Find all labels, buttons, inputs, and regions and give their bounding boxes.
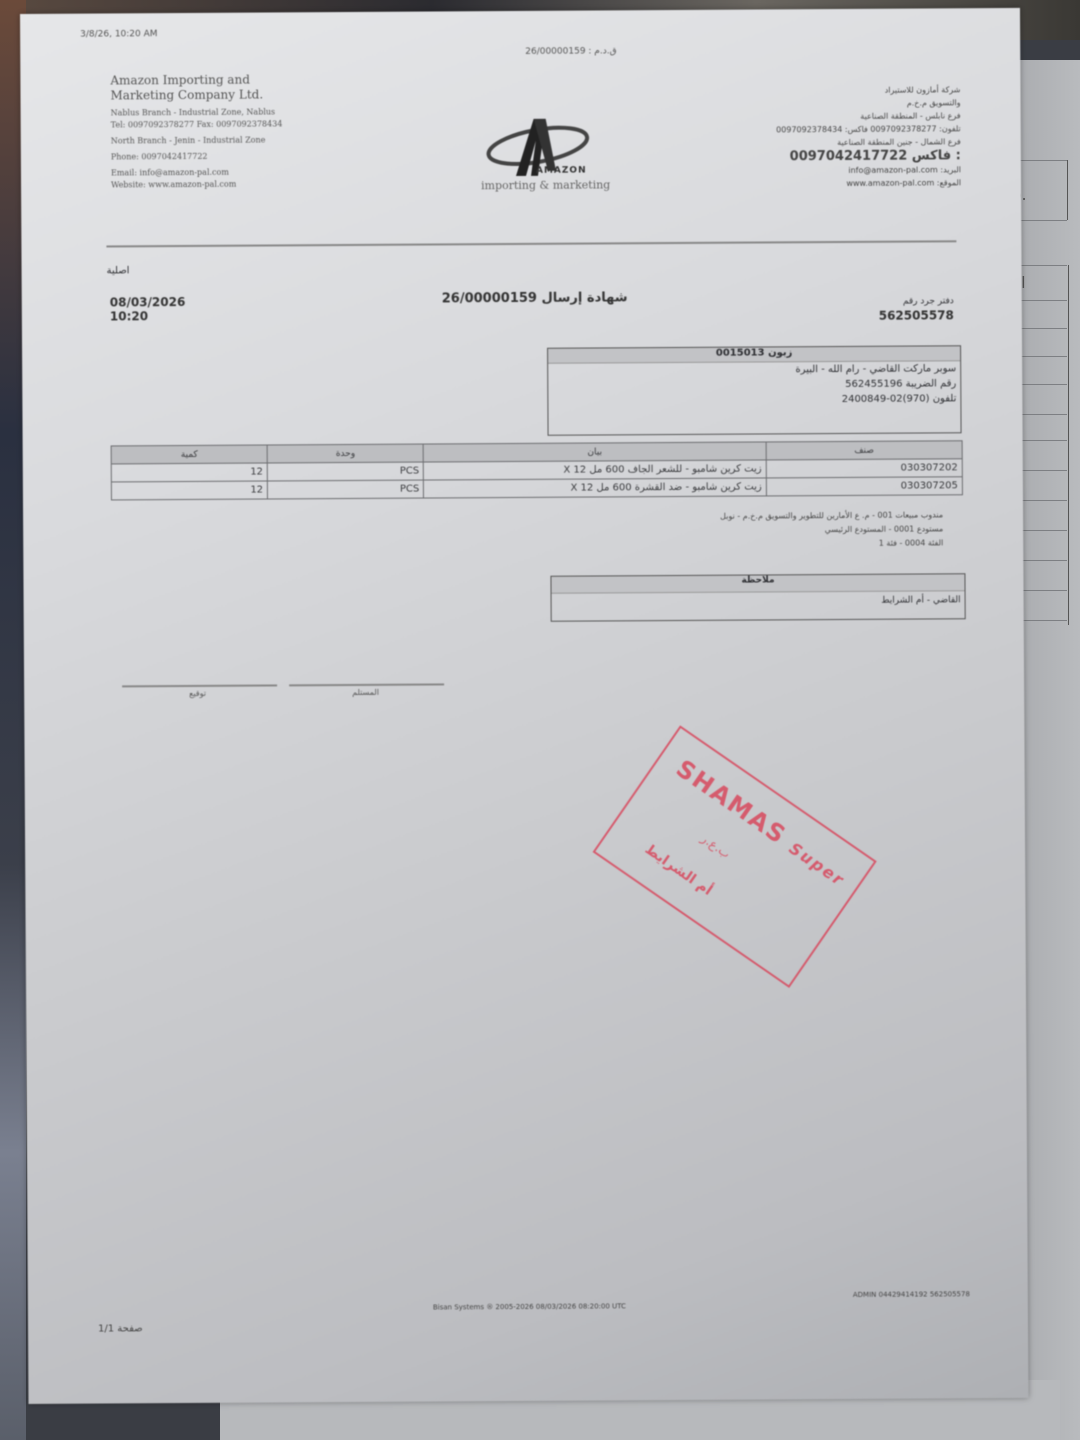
- customer-code-label: زبون: [768, 347, 792, 358]
- fax-label: فاكس :: [912, 148, 961, 163]
- signature-line-right: [289, 683, 444, 686]
- document-title: 26/00000159 شهادة إرسال: [442, 290, 628, 306]
- customer-tax-number: 562455196: [845, 379, 902, 390]
- row-description: زيت كرين شامبو - ضد القشرة 600 مل X 12: [424, 478, 767, 498]
- company-arabic-header: شركة أمازون للاستيراد والتسويق م.خ.م فرع…: [730, 83, 961, 190]
- row-item-code: 030307205: [766, 477, 962, 496]
- signature-label-sign: توقيع: [189, 689, 206, 698]
- document-number: 26/00000159: [442, 291, 537, 307]
- fax-value: 0097042417722: [790, 149, 908, 165]
- meta-value: 0001 - المستودع الرئيسي: [825, 525, 915, 535]
- company-name-line2: Marketing Company Ltd.: [110, 87, 370, 104]
- header-divider: [106, 240, 956, 247]
- row-description: زيت كرين شامبو - للشعر الجاف 600 مل X 12: [424, 460, 767, 480]
- document-datetime: 08/03/2026 10:20: [110, 295, 186, 323]
- company-english-header: Amazon Importing and Marketing Company L…: [110, 72, 371, 192]
- header-item-code: صنف: [766, 441, 962, 460]
- customer-tax-label: رقم الضريبة: [906, 378, 957, 389]
- company-branch-line: North Branch - Jenin - Industrial Zone: [111, 134, 371, 148]
- stamp-middle: ب.ع.ر: [699, 831, 733, 861]
- company-logo: AMAZON importing & marketing: [476, 110, 617, 201]
- footer-system: Bisan Systems ® 2005-2026 08/03/2026 08:…: [433, 1302, 626, 1311]
- stamp-bottom: أم الشرايط: [642, 841, 715, 899]
- print-timestamp: 3/8/26, 10:20 AM: [80, 29, 157, 39]
- company-phone2-line: Phone: 0097042417722: [111, 150, 371, 164]
- footer-user: ADMIN 04429414192 562505578: [853, 1290, 970, 1299]
- inventory-book: دفتر جرد رقم 562505578: [879, 294, 954, 322]
- logo-tagline: importing & marketing: [481, 178, 610, 192]
- customer-box: زبون 0015013 سوبر ماركت القاضي - رام الل…: [547, 345, 962, 436]
- meta-label: مندوب مبيعات: [895, 510, 943, 519]
- header-description: بيان: [424, 442, 767, 462]
- notes-box: ملاحظة القاضي - أم الشرايط: [550, 573, 965, 622]
- footer-page: 1/1 صفحة: [98, 1323, 143, 1334]
- company-website-line: Website: www.amazon-pal.com: [111, 178, 371, 192]
- stamp-brand: SHAMAS Super: [671, 754, 852, 891]
- header-qty: كمية: [111, 445, 267, 464]
- top-reference: 26/00000159 : ق.د.م: [525, 46, 616, 57]
- logo-wordmark: AMAZON: [536, 166, 587, 176]
- row-qty: 12: [111, 463, 267, 482]
- company-ar-line: الموقع: www.amazon-pal.com: [731, 176, 961, 190]
- company-phone-line: Tel: 0097092378277 Fax: 0097092378434: [111, 118, 371, 132]
- document-time: 10:20: [110, 309, 186, 323]
- delivery-certificate-page: 3/8/26, 10:20 AM 26/00000159 : ق.د.م Ama…: [20, 8, 1028, 1404]
- customer-phone-row: تلفون (970)02-2400849: [548, 391, 960, 409]
- meta-value: 001 - م. ع الأمارين للتطوير والتسويق م.خ…: [720, 511, 893, 521]
- customer-phone: (970)02-2400849: [842, 393, 930, 405]
- row-item-code: 030307202: [766, 459, 962, 478]
- table-row: 12 PCS زيت كرين شامبو - ضد القشرة 600 مل…: [111, 477, 962, 500]
- signature-label-receiver: المستلم: [352, 688, 379, 697]
- company-fax: 0097042417722 فاكس :: [731, 148, 961, 164]
- customer-code: 0015013: [716, 347, 765, 358]
- row-unit: PCS: [267, 462, 423, 481]
- footer-page-label: صفحة: [117, 1323, 142, 1334]
- document-title-text: شهادة إرسال: [541, 290, 627, 306]
- row-unit: PCS: [268, 480, 424, 499]
- company-name-line1: Amazon Importing and: [110, 72, 370, 89]
- customer-phone-label: تلفون: [933, 393, 957, 404]
- stamp-subbrand: Super: [786, 839, 849, 891]
- header-unit: وحدة: [267, 444, 423, 463]
- meta-lines: مندوب مبيعات 001 - م. ع الأمارين للتطوير…: [523, 508, 943, 553]
- inventory-book-label: دفتر جرد رقم: [879, 294, 954, 308]
- footer-page-number: 1/1: [98, 1323, 114, 1334]
- items-table: كمية وحدة بيان صنف 12 PCS زيت كرين شامبو…: [111, 440, 963, 500]
- company-stamp: SHAMAS Super ب.ع.ر أم الشرايط: [593, 725, 877, 988]
- meta-label: الفئة: [928, 538, 943, 547]
- document-date: 08/03/2026: [110, 295, 186, 309]
- meta-value: 0004 - فئة 1: [879, 538, 926, 547]
- stamp-brand-text: SHAMAS: [671, 754, 792, 850]
- original-label: اصلية: [107, 265, 130, 276]
- meta-category: الفئة 0004 - فئة 1: [523, 536, 943, 553]
- row-qty: 12: [111, 481, 267, 500]
- notes-text: القاضي - أم الشرايط: [552, 591, 965, 612]
- signature-line-left: [122, 684, 277, 687]
- inventory-book-number: 562505578: [879, 308, 954, 322]
- meta-label: مستودع: [917, 524, 943, 533]
